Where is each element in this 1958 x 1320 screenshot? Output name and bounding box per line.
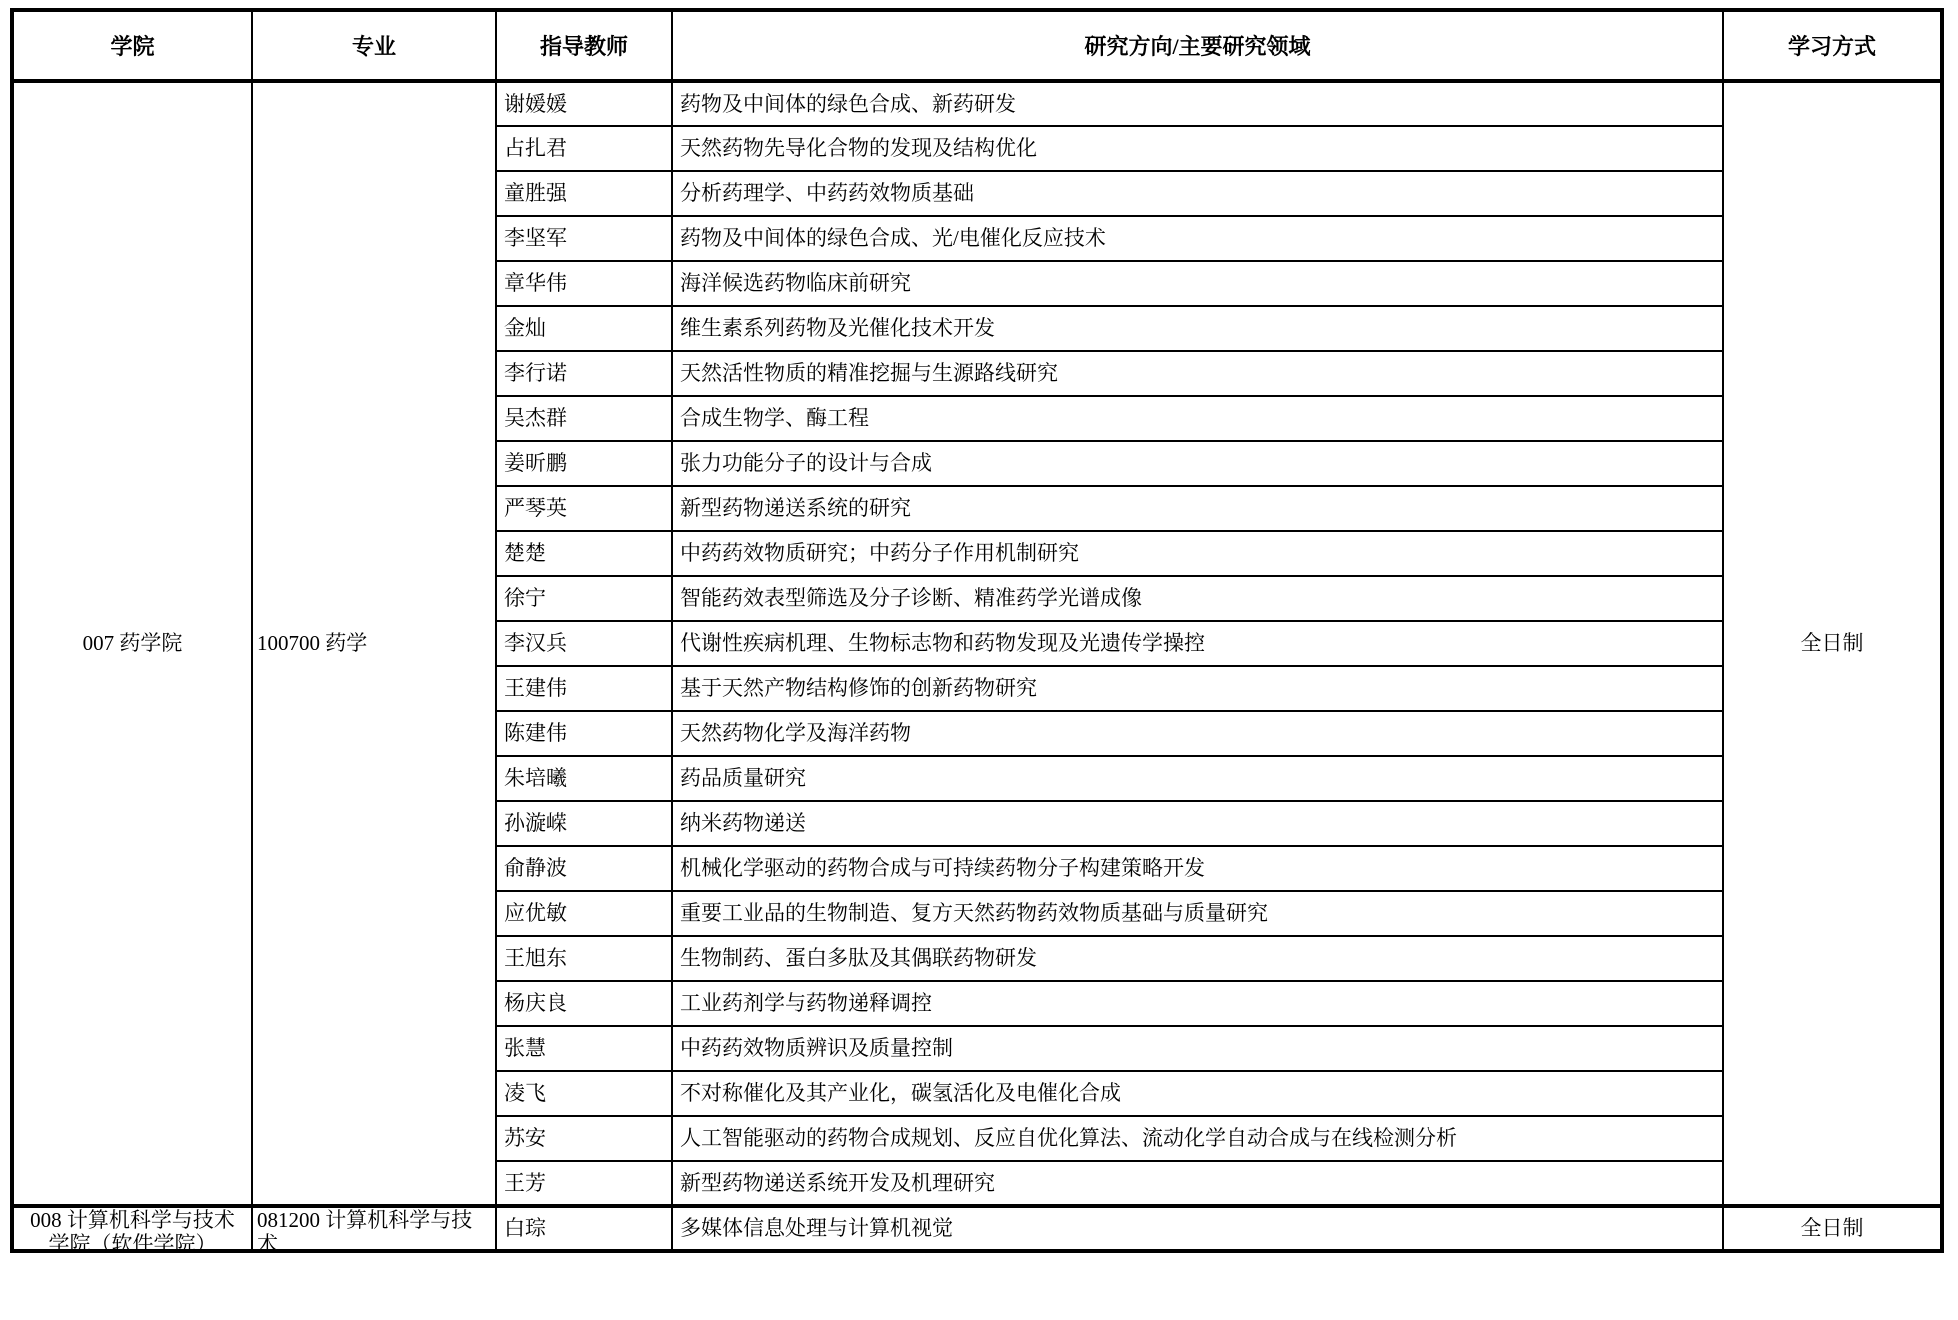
research-cell-text: 基于天然产物结构修饰的创新药物研究 (680, 676, 1715, 700)
research-cell-text: 工业药剂学与药物递释调控 (680, 991, 1715, 1015)
research-cell-text: 药物及中间体的绿色合成、新药研发 (680, 92, 1715, 116)
study-mode-cell: 全日制 (1723, 81, 1942, 1206)
research-cell: 新型药物递送系统开发及机理研究 (672, 1161, 1723, 1206)
advisor-name-cell: 应优敏 (496, 891, 672, 936)
advisor-name-cell: 李坚军 (496, 216, 672, 261)
advisor-name-cell-text: 姜昕鹏 (504, 451, 664, 475)
advisor-name-cell-text: 童胜强 (504, 181, 664, 205)
college-cell-text: 008 计算机科学与技术学院（软件学院） (20, 1208, 245, 1249)
research-cell-text: 中药药效物质辨识及质量控制 (680, 1036, 1715, 1060)
table-header: 学院 专业 指导教师 研究方向/主要研究领域 学习方式 (12, 10, 1942, 81)
advisor-name-cell: 王芳 (496, 1161, 672, 1206)
research-cell-text: 纳米药物递送 (680, 811, 1715, 835)
research-cell-text: 药品质量研究 (680, 766, 1715, 790)
advisor-name-cell: 苏安 (496, 1116, 672, 1161)
advisor-name-cell-text: 苏安 (504, 1126, 664, 1150)
advisor-name-cell-text: 杨庆良 (504, 991, 664, 1015)
advisor-table: 学院 专业 指导教师 研究方向/主要研究领域 学习方式 007 药学院10070… (10, 8, 1944, 1253)
advisor-name-cell-text: 张慧 (504, 1036, 664, 1060)
advisor-name-cell: 徐宁 (496, 576, 672, 621)
research-cell-text: 天然药物化学及海洋药物 (680, 721, 1715, 745)
research-cell: 天然药物化学及海洋药物 (672, 711, 1723, 756)
major-cell-text: 100700 药学 (257, 631, 491, 655)
research-cell-text: 张力功能分子的设计与合成 (680, 451, 1715, 475)
advisor-name-cell: 章华伟 (496, 261, 672, 306)
research-cell: 人工智能驱动的药物合成规划、反应自优化算法、流动化学自动合成与在线检测分析 (672, 1116, 1723, 1161)
advisor-name-cell-text: 王旭东 (504, 946, 664, 970)
research-cell: 合成生物学、酶工程 (672, 396, 1723, 441)
research-cell-text: 海洋候选药物临床前研究 (680, 271, 1715, 295)
table-row: 007 药学院100700 药学谢媛媛药物及中间体的绿色合成、新药研发全日制 (12, 81, 1942, 126)
advisor-name-cell: 谢媛媛 (496, 81, 672, 126)
advisor-name-cell-text: 楚楚 (504, 541, 664, 565)
research-cell: 张力功能分子的设计与合成 (672, 441, 1723, 486)
advisor-name-cell: 杨庆良 (496, 981, 672, 1026)
research-cell-text: 新型药物递送系统的研究 (680, 496, 1715, 520)
advisor-name-cell: 陈建伟 (496, 711, 672, 756)
research-cell: 基于天然产物结构修饰的创新药物研究 (672, 666, 1723, 711)
advisor-name-cell-text: 应优敏 (504, 901, 664, 925)
research-cell: 中药药效物质研究；中药分子作用机制研究 (672, 531, 1723, 576)
research-cell-text: 合成生物学、酶工程 (680, 406, 1715, 430)
research-cell: 海洋候选药物临床前研究 (672, 261, 1723, 306)
advisor-name-cell-text: 谢媛媛 (504, 92, 664, 116)
college-cell-text: 007 药学院 (20, 631, 245, 655)
advisor-name-cell-text: 占扎君 (504, 136, 664, 160)
advisor-name-cell: 俞静波 (496, 846, 672, 891)
research-cell-text: 多媒体信息处理与计算机视觉 (680, 1216, 1715, 1240)
advisor-name-cell: 占扎君 (496, 126, 672, 171)
advisor-name-cell-text: 王芳 (504, 1171, 664, 1195)
advisor-name-cell: 姜昕鹏 (496, 441, 672, 486)
advisor-name-cell-text: 俞静波 (504, 856, 664, 880)
table-body: 007 药学院100700 药学谢媛媛药物及中间体的绿色合成、新药研发全日制占扎… (12, 81, 1942, 1251)
research-cell: 智能药效表型筛选及分子诊断、精准药学光谱成像 (672, 576, 1723, 621)
advisor-name-cell: 孙漩嵘 (496, 801, 672, 846)
advisor-name-cell-text: 李行诺 (504, 361, 664, 385)
advisor-name-cell: 李行诺 (496, 351, 672, 396)
research-cell-text: 中药药效物质研究；中药分子作用机制研究 (680, 541, 1715, 565)
advisor-name-cell-text: 严琴英 (504, 496, 664, 520)
col-header-college: 学院 (12, 10, 252, 81)
study-mode-cell: 全日制 (1723, 1206, 1942, 1251)
advisor-name-cell: 严琴英 (496, 486, 672, 531)
research-cell-text: 生物制药、蛋白多肽及其偶联药物研发 (680, 946, 1715, 970)
advisor-name-cell: 王旭东 (496, 936, 672, 981)
research-cell: 不对称催化及其产业化，碳氢活化及电催化合成 (672, 1071, 1723, 1116)
advisor-name-cell-text: 白琮 (504, 1216, 664, 1240)
research-cell: 药品质量研究 (672, 756, 1723, 801)
advisor-name-cell-text: 李坚军 (504, 226, 664, 250)
col-header-research: 研究方向/主要研究领域 (672, 10, 1723, 81)
page: { "table": { "headers": ["学院", "专业", "指导… (0, 0, 1958, 1320)
study-mode-cell-text: 全日制 (1728, 1216, 1936, 1240)
col-header-advisor: 指导教师 (496, 10, 672, 81)
research-cell-text: 天然活性物质的精准挖掘与生源路线研究 (680, 361, 1715, 385)
study-mode-cell-text: 全日制 (1728, 631, 1936, 655)
research-cell: 多媒体信息处理与计算机视觉 (672, 1206, 1723, 1251)
research-cell-text: 新型药物递送系统开发及机理研究 (680, 1171, 1715, 1195)
research-cell: 工业药剂学与药物递释调控 (672, 981, 1723, 1026)
research-cell: 代谢性疾病机理、生物标志物和药物发现及光遗传学操控 (672, 621, 1723, 666)
research-cell-text: 机械化学驱动的药物合成与可持续药物分子构建策略开发 (680, 856, 1715, 880)
advisor-name-cell: 楚楚 (496, 531, 672, 576)
advisor-name-cell-text: 李汉兵 (504, 631, 664, 655)
research-cell-text: 不对称催化及其产业化，碳氢活化及电催化合成 (680, 1081, 1715, 1105)
research-cell: 天然药物先导化合物的发现及结构优化 (672, 126, 1723, 171)
advisor-name-cell: 童胜强 (496, 171, 672, 216)
advisor-name-cell: 吴杰群 (496, 396, 672, 441)
research-cell: 机械化学驱动的药物合成与可持续药物分子构建策略开发 (672, 846, 1723, 891)
advisor-name-cell: 白琮 (496, 1206, 672, 1251)
advisor-name-cell: 金灿 (496, 306, 672, 351)
college-cell: 008 计算机科学与技术学院（软件学院） (12, 1206, 252, 1251)
advisor-name-cell-text: 王建伟 (504, 676, 664, 700)
research-cell-text: 分析药理学、中药药效物质基础 (680, 181, 1715, 205)
advisor-name-cell: 王建伟 (496, 666, 672, 711)
research-cell-text: 智能药效表型筛选及分子诊断、精准药学光谱成像 (680, 586, 1715, 610)
research-cell: 药物及中间体的绿色合成、新药研发 (672, 81, 1723, 126)
research-cell: 新型药物递送系统的研究 (672, 486, 1723, 531)
advisor-name-cell-text: 吴杰群 (504, 406, 664, 430)
advisor-name-cell-text: 孙漩嵘 (504, 811, 664, 835)
research-cell-text: 代谢性疾病机理、生物标志物和药物发现及光遗传学操控 (680, 631, 1715, 655)
advisor-name-cell-text: 徐宁 (504, 586, 664, 610)
major-cell: 081200 计算机科学与技术 (252, 1206, 496, 1251)
research-cell-text: 天然药物先导化合物的发现及结构优化 (680, 136, 1715, 160)
advisor-name-cell: 张慧 (496, 1026, 672, 1071)
advisor-name-cell: 朱培曦 (496, 756, 672, 801)
header-row: 学院 专业 指导教师 研究方向/主要研究领域 学习方式 (12, 10, 1942, 81)
research-cell-text: 重要工业品的生物制造、复方天然药物药效物质基础与质量研究 (680, 901, 1715, 925)
research-cell: 维生素系列药物及光催化技术开发 (672, 306, 1723, 351)
table-row: 008 计算机科学与技术学院（软件学院）081200 计算机科学与技术白琮多媒体… (12, 1206, 1942, 1251)
research-cell-text: 人工智能驱动的药物合成规划、反应自优化算法、流动化学自动合成与在线检测分析 (680, 1126, 1715, 1150)
research-cell: 分析药理学、中药药效物质基础 (672, 171, 1723, 216)
research-cell: 中药药效物质辨识及质量控制 (672, 1026, 1723, 1071)
advisor-name-cell: 李汉兵 (496, 621, 672, 666)
research-cell: 天然活性物质的精准挖掘与生源路线研究 (672, 351, 1723, 396)
advisor-name-cell-text: 凌飞 (504, 1081, 664, 1105)
college-cell: 007 药学院 (12, 81, 252, 1206)
research-cell: 药物及中间体的绿色合成、光/电催化反应技术 (672, 216, 1723, 261)
advisor-name-cell-text: 章华伟 (504, 271, 664, 295)
col-header-major: 专业 (252, 10, 496, 81)
major-cell: 100700 药学 (252, 81, 496, 1206)
advisor-name-cell: 凌飞 (496, 1071, 672, 1116)
advisor-name-cell-text: 金灿 (504, 316, 664, 340)
research-cell-text: 维生素系列药物及光催化技术开发 (680, 316, 1715, 340)
research-cell-text: 药物及中间体的绿色合成、光/电催化反应技术 (680, 226, 1715, 250)
advisor-name-cell-text: 朱培曦 (504, 766, 664, 790)
research-cell: 生物制药、蛋白多肽及其偶联药物研发 (672, 936, 1723, 981)
research-cell: 重要工业品的生物制造、复方天然药物药效物质基础与质量研究 (672, 891, 1723, 936)
advisor-name-cell-text: 陈建伟 (504, 721, 664, 745)
major-cell-text: 081200 计算机科学与技术 (257, 1208, 491, 1249)
research-cell: 纳米药物递送 (672, 801, 1723, 846)
col-header-study-mode: 学习方式 (1723, 10, 1942, 81)
